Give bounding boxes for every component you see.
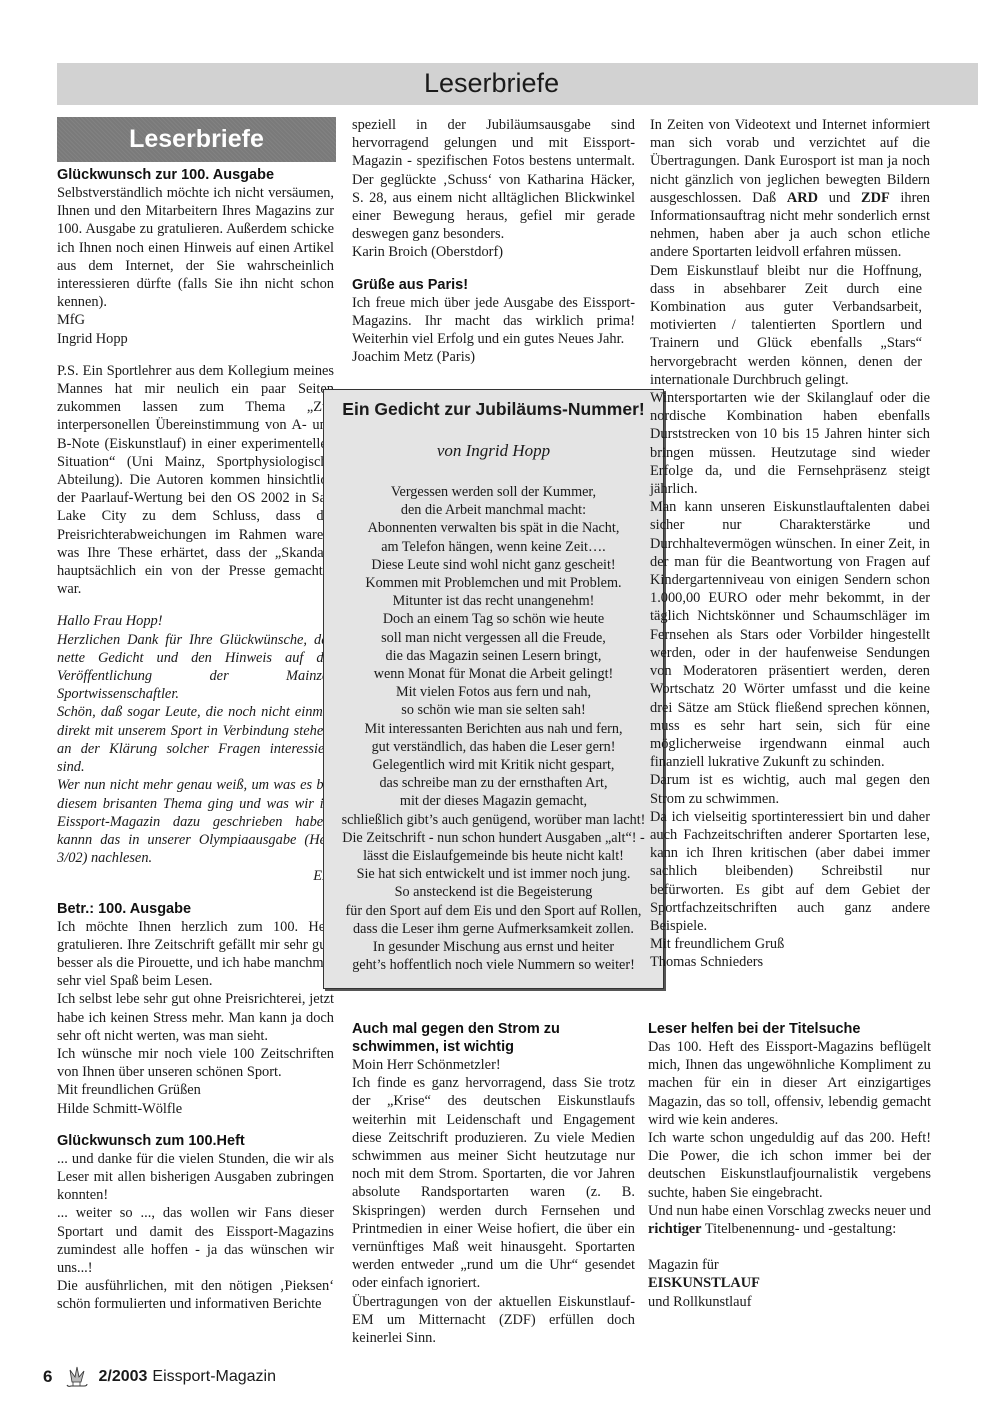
poem-line: Vergessen werden soll der Kummer, — [324, 483, 663, 501]
column-2-bottom: Auch mal gegen den Strom zu schwimmen, i… — [352, 1020, 635, 1347]
poem-lines: Vergessen werden soll der Kummer, den di… — [324, 483, 663, 974]
poem-line: Doch an einem Tag so schön wie heute — [324, 610, 663, 628]
page-footer: 6 2/2003 Eissport-Magazin — [43, 1364, 276, 1390]
letter-body: Ich freue mich über jede Ausgabe des Eis… — [352, 294, 635, 349]
letter-paragraph: Ich finde es ganz hervorragend, dass Sie… — [352, 1074, 635, 1292]
letter-heading: Glückwunsch zur 100. Ausgabe — [57, 166, 334, 184]
letter-closing: Mit freundlichen Grüßen — [57, 1081, 334, 1099]
poem-line: Gelegentlich wird mit Kritik nicht gespa… — [324, 756, 663, 774]
letter-paragraph: Und nun habe einen Vorschlag zwecks neue… — [648, 1202, 931, 1238]
poem-line: den die Arbeit manchmal macht: — [324, 501, 663, 519]
poem-line: Sie hat sich entwickelt und ist immer no… — [324, 865, 663, 883]
letter-paragraph: Darum ist es wichtig, auch mal gegen den… — [650, 771, 930, 807]
poem-line: So ansteckend ist die Begeisterung — [324, 883, 663, 901]
editor-reply-paragraph: Schön, daß sogar Leute, die noch nicht e… — [57, 703, 334, 776]
letter-body: Selbstverständlich möchte ich nicht vers… — [57, 184, 334, 311]
poem-line: Mitunter ist das recht unangenehm! — [324, 592, 663, 610]
letter-heading: Leser helfen bei der Titelsuche — [648, 1020, 931, 1038]
poem-line: lässt die Eislaufgemeinde bis heute nich… — [324, 847, 663, 865]
poem-line: geht’s hoffentlich noch viele Nummern so… — [324, 956, 663, 974]
letter-signature: Ingrid Hopp — [57, 330, 334, 348]
poem-line: gut verständlich, das haben die Leser ge… — [324, 738, 663, 756]
text-bold: richtiger — [648, 1221, 702, 1237]
poem-line: schließlich gibt’s auch genügend, worübe… — [324, 811, 663, 829]
text-bold-ard: ARD — [787, 190, 818, 206]
poem-author: von Ingrid Hopp — [324, 440, 663, 462]
title-suggestion-line: EISKUNSTLAUF — [648, 1274, 931, 1292]
poem-line: die das Magazin seinen Lesern bringt, — [324, 647, 663, 665]
letter-signature: Karin Broich (Oberstdorf) — [352, 243, 635, 261]
letter-paragraph: Wintersportarten wie der Skilanglauf ode… — [650, 389, 930, 498]
poem-box: Ein Gedicht zur Jubiläums-Nummer! von In… — [323, 389, 664, 989]
title-suggestion-line: Magazin für — [648, 1256, 931, 1274]
letter-signature: Hilde Schmitt-Wölfle — [57, 1100, 334, 1118]
editor-initials: EM — [57, 867, 334, 885]
poem-line: Die Zeitschrift - nun schon hundert Ausg… — [324, 829, 663, 847]
poem-line: dass die Leser ihm gerne Aufmerksamkeit … — [324, 920, 663, 938]
letter-paragraph: Übertragungen von der aktuellen Eiskunst… — [352, 1293, 635, 1348]
poem-title: Ein Gedicht zur Jubiläums-Nummer! — [324, 398, 663, 420]
letter-continuation: speziell in der Jubiläumsausgabe sind he… — [352, 116, 635, 243]
poem-line: Mit interessanten Berichten aus nah und … — [324, 720, 663, 738]
skate-logo-icon — [64, 1364, 90, 1390]
editor-reply-greeting: Hallo Frau Hopp! — [57, 612, 334, 630]
text-run: Titelbenennung- und -gestaltung: — [702, 1221, 897, 1237]
letter-heading: Grüße aus Paris! — [352, 276, 635, 294]
text-run: und — [818, 190, 861, 206]
section-banner-title: Leserbriefe — [129, 125, 264, 153]
letter-paragraph: Ich möchte Ihnen herzlich zum 100. Heft … — [57, 918, 334, 991]
poem-line: am Telefon hängen, wenn keine Zeit…. — [324, 538, 663, 556]
letter-heading: Glückwunsch zum 100.Heft — [57, 1132, 334, 1150]
letter-paragraph: Das 100. Heft des Eissport-Magazins befl… — [648, 1038, 931, 1129]
letter-closing: Mit freundlichem Gruß — [650, 935, 930, 953]
page-number: 6 — [43, 1367, 52, 1387]
letter-paragraph: Dem Eiskunstlauf bleibt nur die Hoffnung… — [650, 262, 930, 389]
poem-line: so schön wie man sie selten sah! — [324, 701, 663, 719]
letter-paragraph: Die ausführlichen, mit den nötigen ‚Piek… — [57, 1277, 334, 1313]
letter-postscript: P.S. Ein Sportlehrer aus dem Kollegium m… — [57, 362, 334, 599]
poem-line: Mit vielen Fotos aus fern und nah, — [324, 683, 663, 701]
letter-paragraph: Ich wünsche mir noch viele 100 Zeitschri… — [57, 1045, 334, 1081]
letter-paragraph: ... weiter so ..., das wollen wir Fans d… — [57, 1204, 334, 1277]
column-3: In Zeiten von Videotext und Internet inf… — [650, 116, 930, 972]
letter-paragraph: Ich warte schon ungeduldig auf das 200. … — [648, 1129, 931, 1202]
issue-number: 2/2003 — [98, 1368, 147, 1386]
letter-heading: Betr.: 100. Ausgabe — [57, 900, 334, 918]
column-3-bottom: Leser helfen bei der Titelsuche Das 100.… — [648, 1020, 931, 1311]
poem-line: soll man nicht vergessen all die Freude, — [324, 629, 663, 647]
title-suggestion-line: und Rollkunstlauf — [648, 1293, 931, 1311]
poem-line: Abonnenten verwalten bis spät in die Nac… — [324, 519, 663, 537]
letter-greeting: Moin Herr Schönmetzler! — [352, 1056, 635, 1074]
poem-line: mit der dieses Magazin gemacht, — [324, 792, 663, 810]
letter-closing: MfG — [57, 311, 334, 329]
letter-signature: Thomas Schnieders — [650, 953, 930, 971]
poem-line: für den Sport auf dem Eis und den Sport … — [324, 902, 663, 920]
poem-line: das schreibe man zu der ernsthaften Art, — [324, 774, 663, 792]
letter-heading: Auch mal gegen den Strom zu schwimmen, i… — [352, 1020, 635, 1056]
editor-reply-paragraph: Wer nun nicht mehr genau weiß, um was es… — [57, 776, 334, 867]
poem-line: Kommen mit Problemchen und mit Problem. — [324, 574, 663, 592]
page-header-title: Leserbriefe — [424, 68, 559, 99]
column-2: speziell in der Jubiläumsausgabe sind he… — [352, 116, 635, 366]
page-header: Leserbriefe — [57, 63, 978, 105]
text-bold-zdf: ZDF — [861, 190, 890, 206]
letter-paragraph: Man kann unseren Eiskunstlauftalenten da… — [650, 498, 930, 771]
editor-reply-paragraph: Herzlichen Dank für Ihre Glückwünsche, d… — [57, 631, 334, 704]
magazine-name: Eissport-Magazin — [152, 1368, 276, 1386]
poem-line: In gesunder Mischung aus ernst und heite… — [324, 938, 663, 956]
letter-paragraph: Ich selbst lebe sehr gut ohne Preisricht… — [57, 990, 334, 1045]
column-1: Glückwunsch zur 100. Ausgabe Selbstverst… — [57, 166, 334, 1314]
poem-line: Diese Leute sind wohl nicht ganz geschei… — [324, 556, 663, 574]
letter-paragraph: In Zeiten von Videotext und Internet inf… — [650, 116, 930, 262]
text-run: Und nun habe einen Vorschlag zwecks neue… — [648, 1203, 931, 1219]
letter-paragraph: Da ich vielseitig sportinteressiert bin … — [650, 808, 930, 935]
section-banner: Leserbriefe — [57, 117, 336, 162]
letter-signature: Joachim Metz (Paris) — [352, 348, 635, 366]
poem-line: wenn Monat für Monat die Arbeit gelingt! — [324, 665, 663, 683]
letter-paragraph: ... und danke für die vielen Stunden, di… — [57, 1150, 334, 1205]
